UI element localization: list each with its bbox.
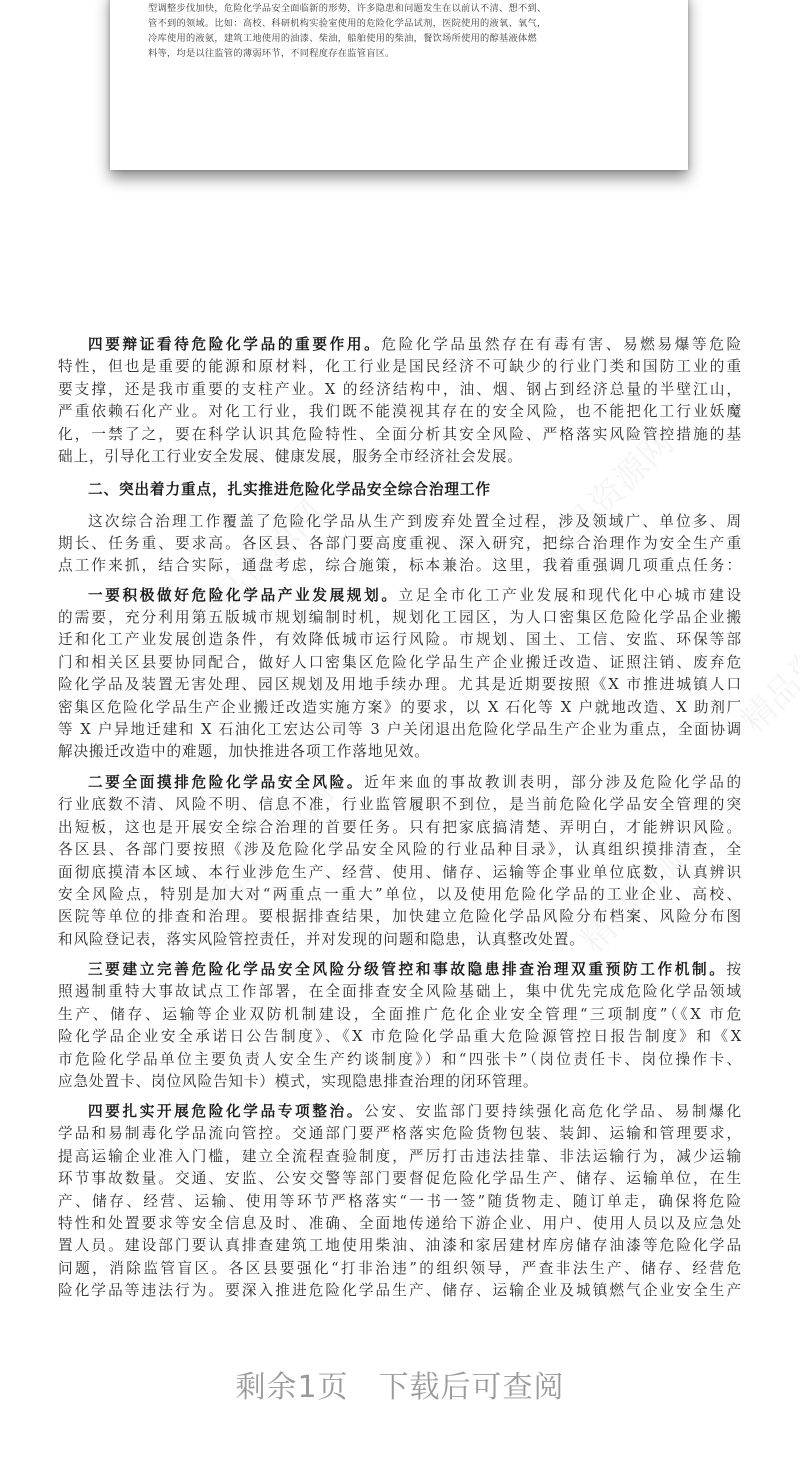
paragraph-first-line: 二要全面摸排危险化学品安全风险。近年来血的事故教训表明，部分涉及危险化学品的 xyxy=(88,773,742,793)
paragraph-line: 生产、储存、运输等企业双防机制建设，全面推广危化企业安全管理“三项制度”（《X … xyxy=(58,1005,742,1025)
paragraph-line: 行业底数不清、风险不明、信息不准，行业监管履职不到位，是当前危险化学品安全管理的… xyxy=(58,795,742,815)
download-to-read-more[interactable]: 剩余1页下载后可查阅 xyxy=(0,1362,800,1406)
preview-line: 冷库使用的液氨，建筑工地使用的油漆、柴油，船舶使用的柴油，餐饮场所使用的醇基液体… xyxy=(148,32,658,45)
paragraph-line: 置人员。建设部门要认真排查建筑工地使用柴油、油漆和家居建材库房储存油漆等危险化学… xyxy=(58,1236,742,1256)
paragraph-lead: 三要建立完善危险化学品安全风险分级管控和事故隐患排查治理双重预防工作机制。 xyxy=(88,961,727,978)
paragraph-line: 和风险登记表，落实风险管控责任，并对发现的问题和隐患，认真整改处置。 xyxy=(58,930,742,950)
paragraph-line: 险化学品等违法行为。要深入推进危险化学品生产、储存、运输企业及城镇燃气企业安全生… xyxy=(58,1281,742,1301)
paragraph-lead: 四要扎实开展危险化学品专项整治。 xyxy=(88,1103,364,1120)
paragraph-line: 严重依赖石化产业。对化工行业，我们既不能漠视其存在的安全风险，也不能把化工行业妖… xyxy=(58,402,742,422)
preview-line: 管不到的领域。比如：高校、科研机构实验室使用的危险化学品试剂，医院使用的液氧、氧… xyxy=(148,17,658,30)
paragraph-first-line: 一要积极做好危险化学品产业发展规划。立足全市化工产业发展和现代化中心城市建设 xyxy=(88,586,742,606)
paragraph-line: 迁和化工产业发展创造条件，有效降低城市运行风险。市规划、国土、工信、安监、环保等… xyxy=(58,630,742,650)
paragraph-line: 面彻底摸清本区域、本行业涉危生产、经营、使用、储存、运输等企事业单位底数，认真辨… xyxy=(58,863,742,883)
paragraph-first-line: 三要建立完善危险化学品安全风险分级管控和事故隐患排查治理双重预防工作机制。按 xyxy=(88,960,742,980)
preview-line: 料等，均是以往监管的薄弱环节，不同程度存在监管盲区。 xyxy=(148,47,658,60)
paragraph-line: 的需要，充分利用第五版城市规划编制时机，规划化工园区，为人口密集区危险化学品企业… xyxy=(58,608,742,628)
download-hint-label: 下载后可查阅 xyxy=(379,1370,565,1405)
paragraph-lead: 二要全面摸排危险化学品安全风险。 xyxy=(88,774,364,791)
paragraph-first-line: 这次综合治理工作覆盖了危险化学品从生产到废弃处置全过程，涉及领域广、单位多、周 xyxy=(88,512,742,532)
paragraph-line: 要支撑，还是我市重要的支柱产业。X 的经济结构中，油、烟、钢占到经济总量的半壁江… xyxy=(58,380,742,400)
paragraph-line: 环节事故数量。交通、安监、公安交警等部门要督促危险化学品生产、储存、运输单位，在… xyxy=(58,1169,742,1189)
paragraph-line: 提高运输企业准入门槛，建立全流程查验制度，严厉打击违法挂靠、非法运输行为，减少运… xyxy=(58,1147,742,1167)
paragraph-line: 期长、任务重、要求高。各区县、各部门要高度重视、深入研究，把综合治理作为安全生产… xyxy=(58,534,742,554)
paragraph-line: 出短板，这也是开展安全综合治理的首要任务。只有把家底搞清楚、弄明白，才能辨识风险… xyxy=(58,818,742,838)
paragraph-line: 点工作来抓，结合实际，通盘考虑，综合施策，标本兼治。这里，我着重强调几项重点任务… xyxy=(58,556,742,576)
paragraph-line: 各区县、各部门要按照《涉及危险化学品安全风险的行业品种目录》，认真组织摸排清查，… xyxy=(58,840,742,860)
paragraph-line: 安全风险点，特别是加大对“两重点一重大”单位，以及使用危险化学品的工业企业、高校… xyxy=(58,885,742,905)
remaining-pages-label: 剩余1页 xyxy=(235,1370,348,1405)
paragraph-line: 密集区危险化学品生产企业搬迁改造实施方案》的要求，以 X 石化等 X 户就地改造… xyxy=(58,698,742,718)
paragraph-line: 特性，但也是重要的能源和原材料，化工行业是国民经济不可缺少的行业门类和国防工业的… xyxy=(58,357,742,377)
paragraph-line: 医院等单位的排查和治理。要根据排查结果，加快建立危险化学品风险分布档案、风险分布… xyxy=(58,907,742,927)
paragraph-line: 解决搬迁改造中的难题，加快推进各项工作落地见效。 xyxy=(58,742,742,762)
paragraph-line: 等 X 户异地迁建和 X 石油化工宏达公司等 3 户关闭退出危险化学品生产企业为… xyxy=(58,720,742,740)
paragraph-line: 特性和处置要求等安全信息及时、准确、全面地传递给下游企业、用户、使用人员以及应急… xyxy=(58,1214,742,1234)
paragraph-lead: 四要辩证看待危险化学品的重要作用。 xyxy=(88,336,381,353)
paragraph-line: 化，一禁了之，要在科学认识其危险特性、全面分析其安全风险、严格落实风险管控措施的… xyxy=(58,425,742,445)
paragraph-line: 险化学品及装置无害处理、园区规划及用地手续办理。尤其是近期要按照《X 市推进城镇… xyxy=(58,675,742,695)
paragraph-line: 市危险化学品单位主要负责人安全生产约谈制度》）和“四张卡”（岗位责任卡、岗位操作… xyxy=(58,1050,742,1070)
paragraph-line: 学品和易制毒化学品流向管控。交通部门要严格落实危险货物包装、装卸、运输和管理要求… xyxy=(58,1124,742,1144)
section-heading: 二、突出着力重点，扎实推进危险化学品安全综合治理工作 xyxy=(88,478,491,499)
preview-line: 型调整步伐加快，危险化学品安全面临新的形势，许多隐患和问题发生在以前认不清、想不… xyxy=(148,2,658,15)
paragraph-line: 础上，引导化工行业安全发展、健康发展，服务全市经济社会发展。 xyxy=(58,447,742,467)
paragraph-line: 应急处置卡、岗位风险告知卡）模式，实现隐患排查治理的闭环管理。 xyxy=(58,1072,742,1092)
paragraph-line: 门和相关区县要协同配合，做好人口密集区危险化学品生产企业搬迁改造、证照注销、废弃… xyxy=(58,653,742,673)
paragraph-line: 产、储存、经营、运输、使用等环节严格落实“一书一签”随货物走、随订单走，确保将危… xyxy=(58,1192,742,1212)
previous-page-preview: 型调整步伐加快，危险化学品安全面临新的形势，许多隐患和问题发生在以前认不清、想不… xyxy=(110,0,688,170)
paragraph-line: 险化学品企业安全承诺日公告制度》、《X 市危险化学品重大危险源管控日报告制度》和… xyxy=(58,1027,742,1047)
paragraph-lead: 一要积极做好危险化学品产业发展规划。 xyxy=(88,587,399,604)
paragraph-line: 问题，消除监管盲区。各区县要强化“打非治违”的组织领导，严查非法生产、储存、经营… xyxy=(58,1259,742,1279)
paragraph-first-line: 四要辩证看待危险化学品的重要作用。危险化学品虽然存在有毒有害、易燃易爆等危险 xyxy=(88,335,742,355)
paragraph-first-line: 四要扎实开展危险化学品专项整治。公安、安监部门要持续强化高危化学品、易制爆化 xyxy=(88,1102,742,1122)
paragraph-line: 照遏制重特大事故试点工作部署，在全面排查安全风险基础上，集中优先完成危险化学品领… xyxy=(58,982,742,1002)
